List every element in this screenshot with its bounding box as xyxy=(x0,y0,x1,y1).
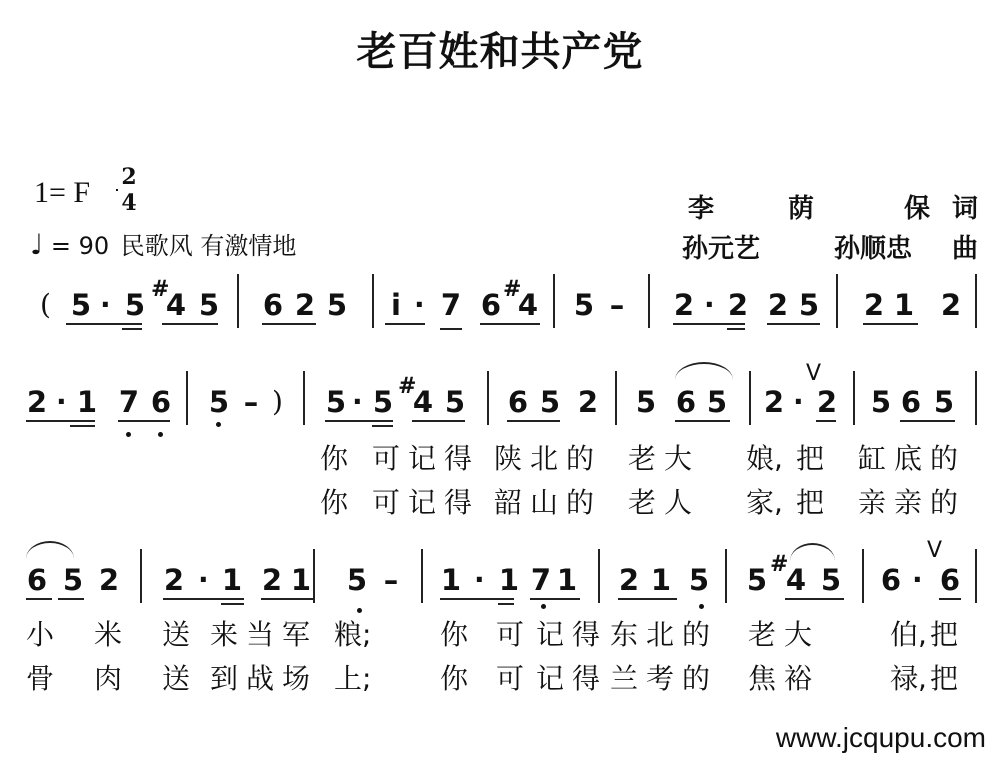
barline xyxy=(975,549,977,603)
beam-underline xyxy=(440,598,514,600)
lyric-char: 来 xyxy=(210,620,238,650)
barline xyxy=(303,371,305,425)
note: 5 xyxy=(62,565,84,595)
song-title: 老百姓和共产党 xyxy=(0,20,1000,77)
lyric-char: 得 xyxy=(572,664,600,694)
note: 2 xyxy=(577,387,599,417)
beam-underline xyxy=(863,323,918,325)
barline xyxy=(725,549,727,603)
beam-underline xyxy=(498,603,514,605)
barline xyxy=(186,371,188,425)
note: 2 xyxy=(727,290,749,320)
barline xyxy=(598,549,600,603)
note: 5 xyxy=(573,290,595,320)
note: 5 xyxy=(870,387,892,417)
lyric-char: 老 xyxy=(628,488,656,518)
lyric-char: 把 xyxy=(930,620,958,650)
composer-label: 曲 xyxy=(952,228,978,265)
composer-1: 孙元艺 xyxy=(682,228,760,265)
beam-underline xyxy=(440,328,462,330)
lyric-char: 可 xyxy=(372,444,400,474)
slur xyxy=(790,543,835,561)
lyric-char: 的 xyxy=(682,620,710,650)
note: 5 xyxy=(444,387,466,417)
lyric-char: 把 xyxy=(796,488,824,518)
lyric-char: 东 xyxy=(610,620,638,650)
beam-underline xyxy=(325,420,393,422)
note: 5 xyxy=(198,290,220,320)
augmentation-dot: · xyxy=(414,288,425,321)
augmentation-dot: · xyxy=(704,288,715,321)
beam-underline xyxy=(26,598,52,600)
beam-underline xyxy=(900,420,955,422)
beam-underline xyxy=(412,420,465,422)
lower-octave-dot xyxy=(158,432,163,437)
note: 1 xyxy=(498,565,520,595)
note: 5 xyxy=(746,565,768,595)
augmentation-dot: · xyxy=(474,563,485,596)
beam-underline xyxy=(767,323,820,325)
lyric-char: 北 xyxy=(530,444,558,474)
barline xyxy=(853,371,855,425)
lyric-char: 把 xyxy=(930,664,958,694)
beam-underline xyxy=(262,323,316,325)
lyric-char: 亲 xyxy=(858,488,886,518)
beam-underline xyxy=(385,323,425,325)
note: 1 xyxy=(290,565,312,595)
lyric-char: 送 xyxy=(162,620,190,650)
lyric-char: 小 xyxy=(26,620,54,650)
lyric-char: 你 xyxy=(320,444,348,474)
beam-underline xyxy=(163,598,244,600)
lyric-char: 得 xyxy=(444,444,472,474)
slur xyxy=(675,362,733,380)
note: 7 xyxy=(530,565,552,595)
barline xyxy=(975,274,977,328)
beam-underline xyxy=(70,425,95,427)
note: 5 xyxy=(372,387,394,417)
lyric-char: 老 xyxy=(748,620,776,650)
lyric-char: 人 xyxy=(664,488,692,518)
note: 7 xyxy=(440,290,462,320)
lyric-char: 陕 xyxy=(494,444,522,474)
lower-octave-dot xyxy=(216,422,221,427)
lyric-char: 记 xyxy=(536,620,564,650)
note: 1 xyxy=(440,565,462,595)
lyricist-char-2: 荫 xyxy=(788,188,814,225)
beam-underline xyxy=(727,328,745,330)
note: 6 xyxy=(900,387,922,417)
barline xyxy=(372,274,374,328)
beam-underline xyxy=(939,598,961,600)
note: 5 xyxy=(325,387,347,417)
tempo-marking: ♩ = 90 民歌风 有激情地 xyxy=(30,226,296,261)
time-signature-bottom: 4 xyxy=(116,192,142,214)
dash-extension: – xyxy=(240,387,262,417)
lyric-char: 到 xyxy=(210,664,238,694)
lyric-char: 你 xyxy=(440,664,468,694)
style-marking: 民歌风 有激情地 xyxy=(121,232,297,260)
note: 6 xyxy=(675,387,697,417)
lower-octave-dot xyxy=(357,608,362,613)
beam-underline xyxy=(58,598,84,600)
note: 6 xyxy=(26,565,48,595)
beam-underline xyxy=(618,598,677,600)
note: 5 xyxy=(346,565,368,595)
lower-octave-dot xyxy=(541,604,546,609)
beam-underline xyxy=(118,420,170,422)
lyricist-label: 词 xyxy=(952,188,978,225)
lyric-char: 可 xyxy=(372,488,400,518)
beam-underline xyxy=(261,598,313,600)
lyric-char: 兰 xyxy=(610,664,638,694)
lyric-char: 把 xyxy=(796,444,824,474)
note: 2 xyxy=(618,565,640,595)
augmentation-dot: · xyxy=(793,385,804,418)
beam-underline xyxy=(816,420,836,422)
lyric-char: 得 xyxy=(572,620,600,650)
note: 6 xyxy=(939,565,961,595)
note: 5 xyxy=(208,387,230,417)
augmentation-dot: · xyxy=(198,563,209,596)
note: 7 xyxy=(118,387,140,417)
beam-underline xyxy=(221,603,244,605)
time-signature-divider xyxy=(116,189,118,191)
lyric-char: 禄, xyxy=(890,664,927,694)
note: 4 xyxy=(165,290,187,320)
slur xyxy=(26,541,74,559)
note: 6 xyxy=(480,290,502,320)
lyric-char: 娘, xyxy=(746,444,783,474)
lyric-char: 大 xyxy=(784,620,812,650)
beam-underline xyxy=(26,420,95,422)
note: 2 xyxy=(816,387,838,417)
lyric-char: 你 xyxy=(320,488,348,518)
dash-extension: – xyxy=(380,565,402,595)
lyric-char: 送 xyxy=(162,664,190,694)
barline xyxy=(487,371,489,425)
lyric-char: 亲 xyxy=(894,488,922,518)
lyric-char: 缸 xyxy=(858,444,886,474)
lyric-char: 记 xyxy=(408,444,436,474)
note: 5 xyxy=(820,565,842,595)
note: 2 xyxy=(767,290,789,320)
quarter-note-icon: ♩ xyxy=(30,228,43,261)
lyric-char: 底 xyxy=(894,444,922,474)
barline xyxy=(421,549,423,603)
parenthesis: ( xyxy=(40,288,51,321)
lyric-char: 上; xyxy=(334,664,371,694)
note: 2 xyxy=(98,565,120,595)
barline xyxy=(237,274,239,328)
lyric-char: 军 xyxy=(282,620,310,650)
lyric-char: 裕 xyxy=(784,664,812,694)
barline xyxy=(553,274,555,328)
note: i xyxy=(385,290,407,320)
note: 4 xyxy=(517,290,539,320)
note: 6 xyxy=(150,387,172,417)
barline xyxy=(140,549,142,603)
beam-underline xyxy=(785,598,844,600)
lyric-char: 山 xyxy=(530,488,558,518)
note: 5 xyxy=(706,387,728,417)
note: 5 xyxy=(539,387,561,417)
note: 5 xyxy=(326,290,348,320)
lyric-char: 肉 xyxy=(94,664,122,694)
note: 5 xyxy=(688,565,710,595)
lyric-char: 当 xyxy=(246,620,274,650)
barline xyxy=(862,549,864,603)
barline xyxy=(648,274,650,328)
lyric-char: 可 xyxy=(496,664,524,694)
lyric-char: 记 xyxy=(408,488,436,518)
note: 5 xyxy=(933,387,955,417)
lyric-char: 的 xyxy=(930,444,958,474)
lyric-char: 的 xyxy=(566,444,594,474)
lyric-char: 韶 xyxy=(494,488,522,518)
parenthesis: ) xyxy=(272,385,283,418)
lyric-char: 场 xyxy=(282,664,310,694)
note: 4 xyxy=(785,565,807,595)
note: 2 xyxy=(163,565,185,595)
note: 2 xyxy=(863,290,885,320)
breath-mark: V xyxy=(927,538,942,563)
composer-2: 孙顺忠 xyxy=(834,228,912,265)
lower-octave-dot xyxy=(699,604,704,609)
barline xyxy=(313,549,315,603)
note: 5 xyxy=(635,387,657,417)
note: 5 xyxy=(124,290,146,320)
augmentation-dot: · xyxy=(56,385,67,418)
note: 4 xyxy=(412,387,434,417)
lyric-char: 粮; xyxy=(334,620,371,650)
note: 2 xyxy=(261,565,283,595)
time-signature-top: 2 xyxy=(116,166,142,188)
lyric-char: 的 xyxy=(566,488,594,518)
note: 1 xyxy=(893,290,915,320)
note: 6 xyxy=(880,565,902,595)
augmentation-dot: · xyxy=(100,288,111,321)
lyricist-char-3: 保 xyxy=(904,188,930,225)
lower-octave-dot xyxy=(126,432,131,437)
lyric-char: 伯, xyxy=(890,620,927,650)
time-signature: 2 4 xyxy=(116,166,142,214)
beam-underline xyxy=(673,323,745,325)
lyricist-char-1: 李 xyxy=(688,188,714,225)
note: 1 xyxy=(76,387,98,417)
lyric-char: 大 xyxy=(664,444,692,474)
note: 6 xyxy=(507,387,529,417)
beam-underline xyxy=(507,420,560,422)
tempo-value: = 90 xyxy=(51,232,109,260)
beam-underline xyxy=(530,598,580,600)
note: 2 xyxy=(763,387,785,417)
lyric-char: 焦 xyxy=(748,664,776,694)
note: 1 xyxy=(556,565,578,595)
note: 2 xyxy=(673,290,695,320)
key-signature: 1= F xyxy=(34,176,90,210)
dash-extension: – xyxy=(606,290,628,320)
note: 1 xyxy=(650,565,672,595)
lyric-char: 得 xyxy=(444,488,472,518)
lyric-char: 考 xyxy=(646,664,674,694)
lyric-char: 的 xyxy=(682,664,710,694)
barline xyxy=(615,371,617,425)
note: 2 xyxy=(940,290,962,320)
note: 2 xyxy=(294,290,316,320)
lyric-char: 可 xyxy=(496,620,524,650)
beam-underline xyxy=(675,420,730,422)
lyric-char: 米 xyxy=(94,620,122,650)
note: 5 xyxy=(798,290,820,320)
augmentation-dot: · xyxy=(912,563,923,596)
note: 2 xyxy=(26,387,48,417)
watermark: www.jcqupu.com xyxy=(776,722,986,754)
barline xyxy=(836,274,838,328)
lyric-char: 老 xyxy=(628,444,656,474)
note: 1 xyxy=(221,565,243,595)
beam-underline xyxy=(372,425,393,427)
note: 6 xyxy=(262,290,284,320)
lyric-char: 骨 xyxy=(26,664,54,694)
barline xyxy=(975,371,977,425)
lyric-char: 家, xyxy=(746,488,783,518)
augmentation-dot: · xyxy=(352,385,363,418)
lyric-char: 你 xyxy=(440,620,468,650)
beam-underline xyxy=(122,328,142,330)
beam-underline xyxy=(66,323,142,325)
lyric-char: 北 xyxy=(646,620,674,650)
beam-underline xyxy=(480,323,540,325)
beam-underline xyxy=(162,323,218,325)
lyric-char: 战 xyxy=(246,664,274,694)
note: 5 xyxy=(70,290,92,320)
lyric-char: 的 xyxy=(930,488,958,518)
barline xyxy=(749,371,751,425)
lyric-char: 记 xyxy=(536,664,564,694)
breath-mark: V xyxy=(806,361,821,386)
